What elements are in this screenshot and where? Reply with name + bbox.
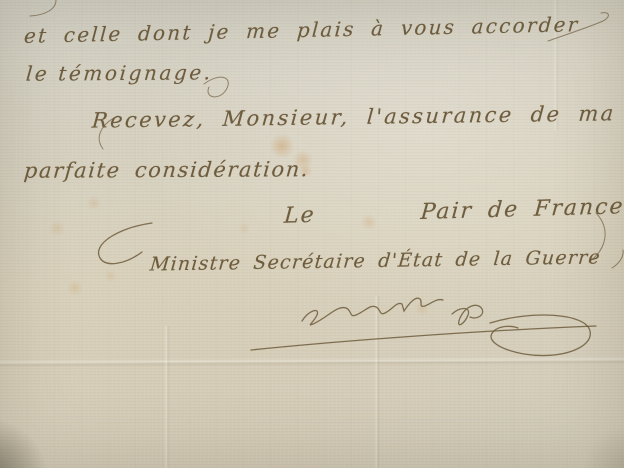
- horizontal-fold-crease: [0, 356, 624, 367]
- handwritten-line-title-ministre-guerre: Ministre Secrétaire d'État de la Guerre: [149, 246, 602, 275]
- handwritten-line-body-2: le témoignage.: [25, 60, 214, 85]
- handwritten-line-body-4: parfaite considération.: [23, 157, 310, 183]
- handwritten-line-body-3: Recevez, Monsieur, l'assurance de ma: [91, 101, 616, 132]
- foxing-spot: [66, 280, 84, 296]
- signature-squiggle: [302, 298, 443, 325]
- handwritten-line-title-pair-de-france: Le Pair de France: [283, 194, 624, 229]
- vertical-fold-crease: [374, 296, 380, 468]
- handwritten-line-body-1: et celle dont je me plais à vous accorde…: [23, 12, 580, 48]
- foxing-spot: [238, 222, 251, 234]
- foxing-spot: [48, 220, 66, 236]
- foxing-spot: [414, 302, 430, 316]
- signature-paraph-loop: [490, 315, 590, 356]
- letter-photograph: et celle dont je me plais à vous accorde…: [0, 0, 624, 468]
- signature-paraph-line: [251, 326, 596, 350]
- vertical-fold-crease: [164, 326, 170, 468]
- guerre-swash: [612, 250, 623, 268]
- cutoff-descender-stroke: [30, 0, 56, 16]
- foxing-spot: [268, 134, 296, 158]
- foxing-spot: [104, 270, 117, 282]
- signature-final-letters: [452, 305, 483, 324]
- ministre-m-flourish: [99, 223, 152, 264]
- foxing-spot: [86, 196, 102, 210]
